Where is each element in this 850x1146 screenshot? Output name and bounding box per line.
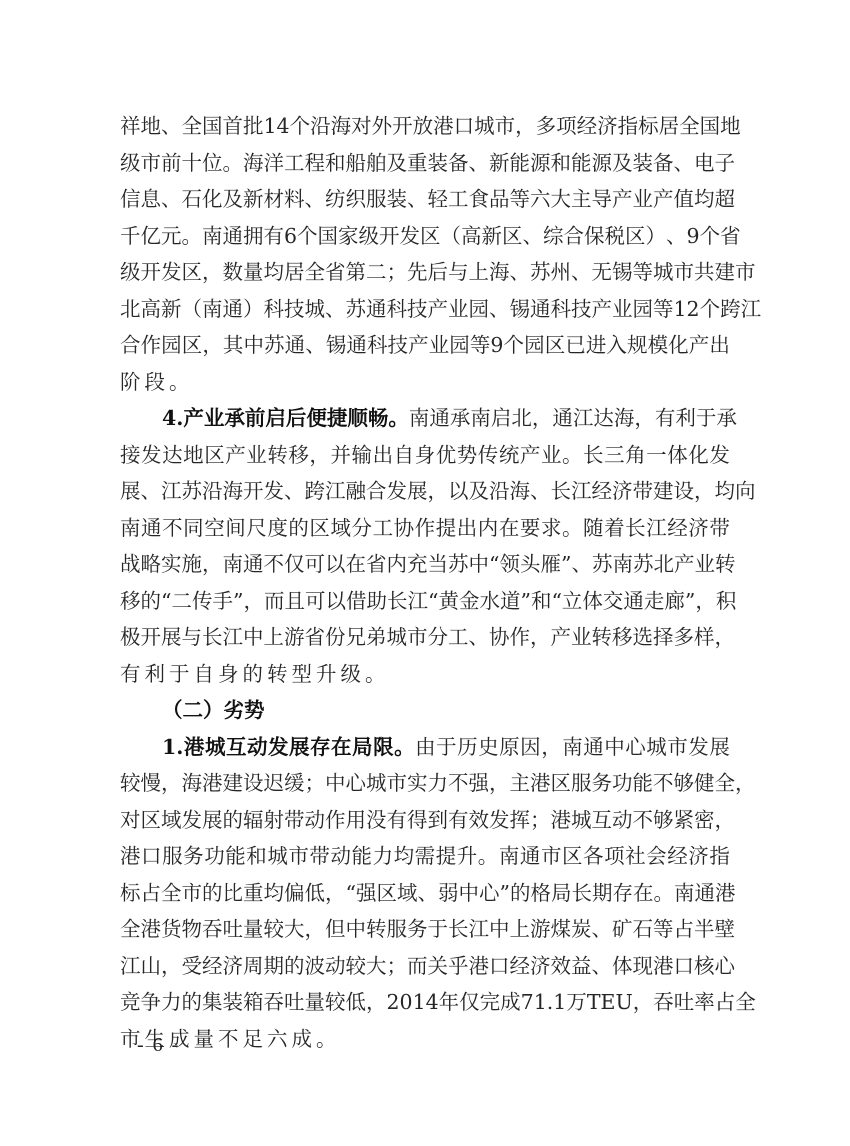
bold-heading-text: 势 xyxy=(244,692,265,729)
bold-heading-text: ） xyxy=(203,692,224,729)
bold-heading-text: 二 xyxy=(183,692,204,729)
text-line: 极开展与长江中上游省份兄弟城市分工、协作，产业转移选择多样， xyxy=(120,619,730,656)
bold-heading-text: 城 xyxy=(205,729,226,766)
text-line: 港口服务功能和城市带动能力均需提升。南通市区各项社会经济指 xyxy=(120,838,730,875)
bold-heading-text: 港 xyxy=(184,729,205,766)
text-line: 信息、石化及新材料、纺织服装、轻工食品等六大主导产业产值均超 xyxy=(120,181,730,218)
bold-heading-text: 劣 xyxy=(224,692,245,729)
text-line: 市生成量不足六成。 xyxy=(120,1021,730,1058)
text-line: 江山，受经济周期的波动较大；而关乎港口经济效益、体现港口核心 xyxy=(120,948,730,985)
text-line: 1.港城互动发展存在局限。由于历史原因，南通中心城市发展 xyxy=(120,729,730,766)
bold-heading-text: 1. xyxy=(162,729,183,766)
section-heading: （二）劣势 xyxy=(120,692,730,729)
bold-heading-text: 局 xyxy=(352,729,373,766)
text-line: 阶段。 xyxy=(120,364,730,401)
text-line: 标占全市的比重均偏低，“强区域、弱中心”的格局长期存在。南通港 xyxy=(120,875,730,912)
text-line: 千亿元。南通拥有6个国家级开发区（高新区、综合保税区）、9个省 xyxy=(120,218,730,255)
bold-heading-text: 业 xyxy=(204,400,225,437)
text-line: 战略实施，南通不仅可以在省内充当苏中“领头雁”、苏南苏北产业转 xyxy=(120,546,730,583)
text-line: 接发达地区产业转移，并输出自身优势传统产业。长三角一体化发 xyxy=(120,437,730,474)
document-body: 祥地、全国首批14个沿海对外开放港口城市，多项经济指标居全国地级市前十位。海洋工… xyxy=(120,108,730,1057)
bold-heading-text: 在 xyxy=(331,729,352,766)
bold-heading-text: 承 xyxy=(224,400,245,437)
text-line: 南通不同空间尺度的区域分工协作提出内在要求。随着长江经济带 xyxy=(120,510,730,547)
text-line: 级市前十位。海洋工程和船舶及重装备、新能源和能源及装备、电子 xyxy=(120,145,730,182)
bold-heading-text: 后 xyxy=(286,400,307,437)
bold-heading-text: 顺 xyxy=(347,400,368,437)
page-number: - 6 - xyxy=(137,1034,180,1057)
text-line: 级开发区，数量均居全省第二；先后与上海、苏州、无锡等城市共建市 xyxy=(120,254,730,291)
bold-heading-text: 。 xyxy=(394,729,415,766)
text-line: 移的“二传手”，而且可以借助长江“黄金水道”和“立体交通走廊”，积 xyxy=(120,583,730,620)
bold-heading-text: 便 xyxy=(306,400,327,437)
text-line: 4.产业承前启后便捷顺畅。南通承南启北，通江达海，有利于承 xyxy=(120,400,730,437)
text-line: 北高新（南通）科技城、苏通科技产业园、锡通科技产业园等12个跨江 xyxy=(120,291,730,328)
text-line: 较慢，海港建设迟缓；中心城市实力不强，主港区服务功能不够健全， xyxy=(120,765,730,802)
bold-heading-text: 启 xyxy=(265,400,286,437)
bold-heading-text: 存 xyxy=(310,729,331,766)
bold-heading-text: 限 xyxy=(373,729,394,766)
bold-heading-text: 动 xyxy=(247,729,268,766)
text-line: 合作园区，其中苏通、锡通科技产业园等9个园区已进入规模化产出 xyxy=(120,327,730,364)
text-line: 对区域发展的辐射带动作用没有得到有效发挥；港城互动不够紧密， xyxy=(120,802,730,839)
bold-heading-text: 展 xyxy=(289,729,310,766)
text-line: 展、江苏沿海开发、跨江融合发展，以及沿海、长江经济带建设，均向 xyxy=(120,473,730,510)
line-text: 阶段。 xyxy=(120,364,194,401)
bold-heading-text: 产 xyxy=(183,400,204,437)
bold-heading-text: 前 xyxy=(245,400,266,437)
bold-heading-text: 畅 xyxy=(368,400,389,437)
line-text: 有利于自身的转型升级。 xyxy=(120,656,390,693)
text-line: 竞争力的集装箱吞吐量较低，2014年仅完成71.1万TEU，吞吐率占全 xyxy=(120,984,730,1021)
bold-heading-text: 发 xyxy=(268,729,289,766)
bold-heading-text: 互 xyxy=(226,729,247,766)
bold-heading-text: 。 xyxy=(388,400,409,437)
text-line: 有利于自身的转型升级。 xyxy=(120,656,730,693)
text-line: 全港货物吞吐量较大，但中转服务于长江中上游煤炭、矿石等占半壁 xyxy=(120,911,730,948)
bold-heading-text: （ xyxy=(162,692,183,729)
text-line: 祥地、全国首批14个沿海对外开放港口城市，多项经济指标居全国地 xyxy=(120,108,730,145)
bold-heading-text: 捷 xyxy=(327,400,348,437)
bold-heading-text: 4. xyxy=(162,400,183,437)
